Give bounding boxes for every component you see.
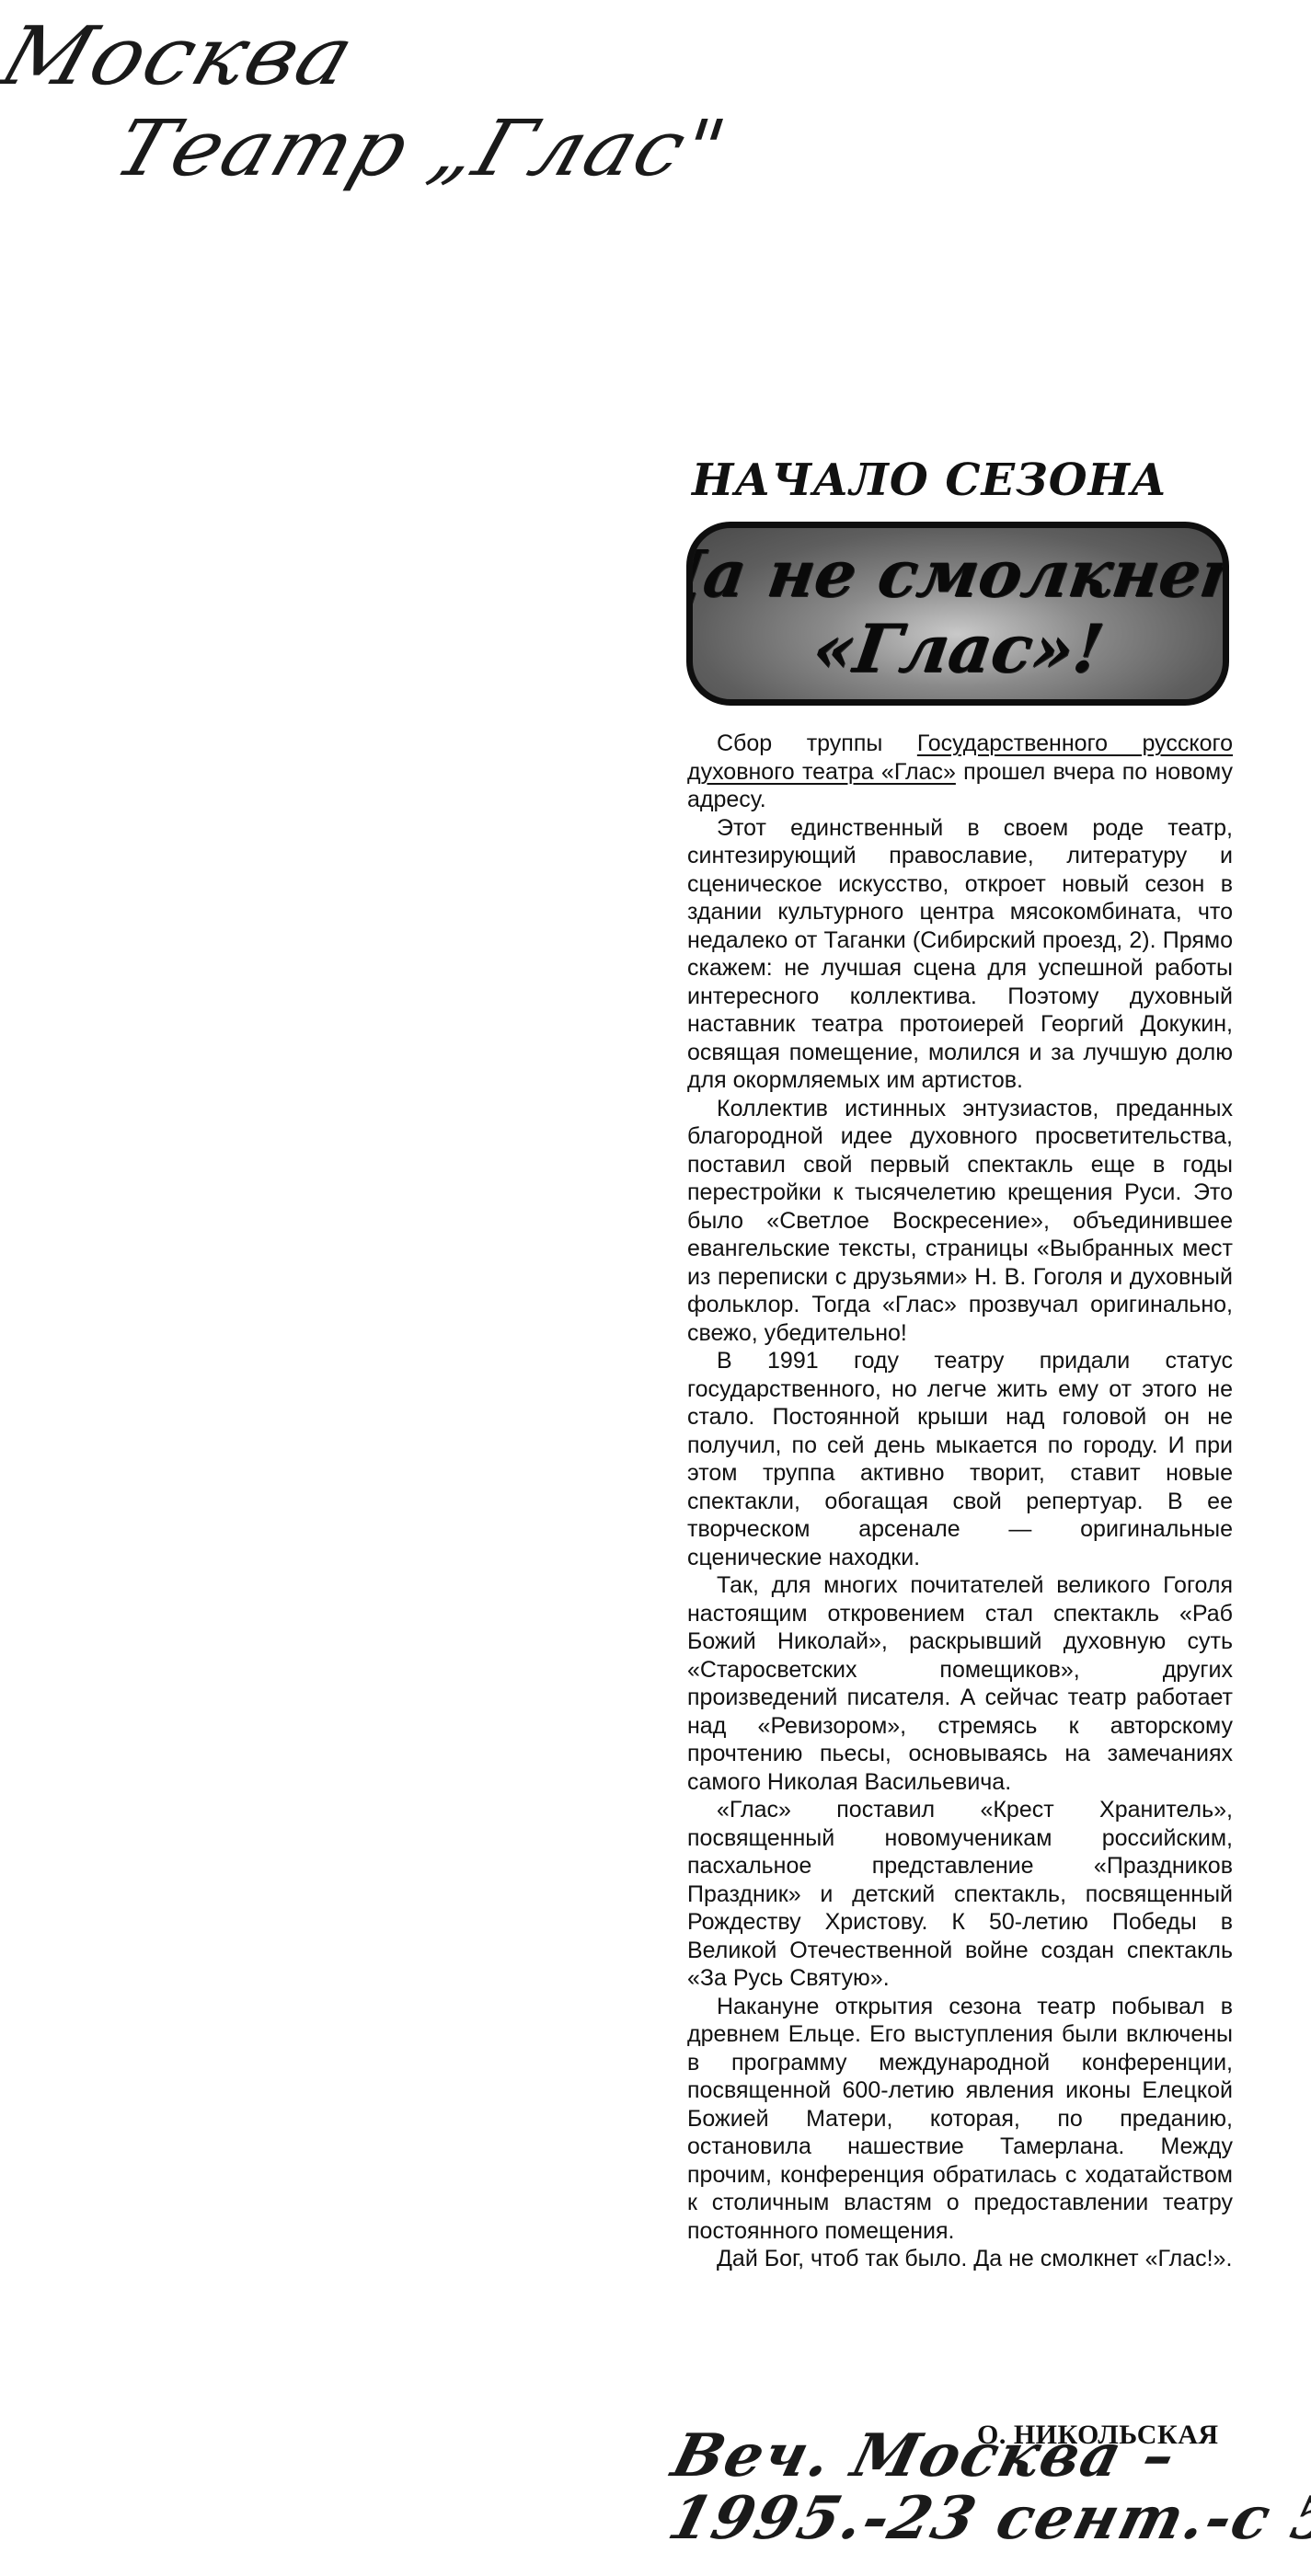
handwritten-date-page: 1995.-23 сент.-с 5.: [661, 2484, 1311, 2553]
article-body: Сбор труппы Государственного русского ду…: [687, 730, 1233, 2273]
article-paragraph: «Глас» поставил «Крест Хранитель», посвя…: [687, 1796, 1233, 1993]
lead-text-start: Сбор труппы: [717, 730, 917, 756]
article-paragraph: Этот единственный в своем роде театр, си…: [687, 814, 1233, 1095]
headline-line-1: Да не смолкнет: [686, 542, 1229, 606]
rubric-heading: НАЧАЛО СЕЗОНА: [692, 454, 1235, 506]
lead-paragraph: Сбор труппы Государственного русского ду…: [687, 730, 1233, 814]
article-paragraph: Коллектив истинных энтузиастов, преданны…: [687, 1095, 1233, 1348]
article-paragraph: В 1991 году театру придали статус госуда…: [687, 1347, 1233, 1571]
headline-banner: Да не смолкнет «Глас»!: [686, 522, 1229, 706]
article-paragraph: Накануне открытия сезона театр побывал в…: [687, 1993, 1233, 2246]
article-paragraph-closing: Дай Бог, чтоб так было. Да не смолкнет «…: [687, 2245, 1233, 2273]
article-paragraph: Так, для многих почитателей великого Гог…: [687, 1571, 1233, 1796]
handwritten-theatre-name: Театр „Глас": [104, 103, 738, 193]
headline-line-2: «Глас»!: [809, 615, 1108, 682]
handwritten-city: Москва: [0, 9, 366, 103]
handwritten-source: Веч. Москва –: [665, 2421, 1183, 2490]
